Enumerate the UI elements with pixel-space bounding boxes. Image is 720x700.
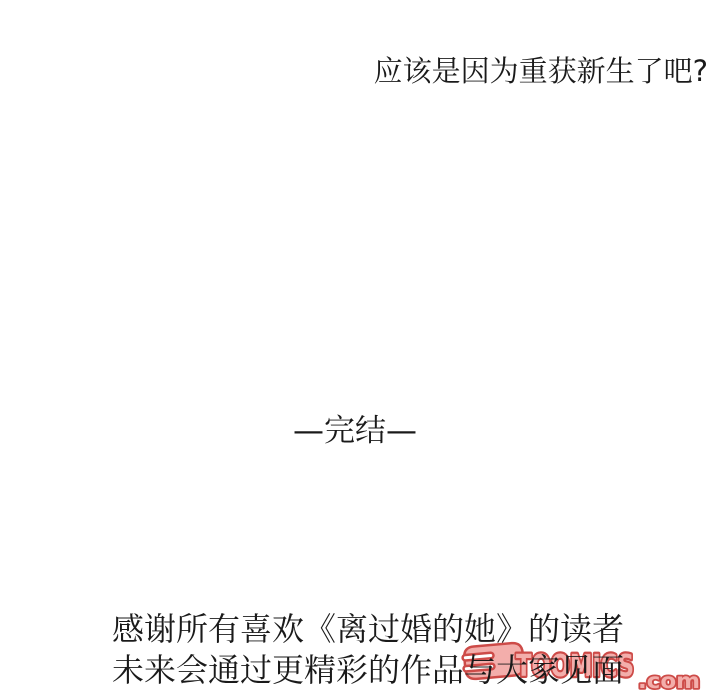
thanks-message: 感谢所有喜欢《离过婚的她》的读者 未来会通过更精彩的作品与大家见面 [112, 609, 624, 691]
thanks-message-line2: 未来会通过更精彩的作品与大家见面 [112, 650, 624, 691]
comic-page: TOOMICS .com 应该是因为重获新生了吧? —完结— 感谢所有喜欢《离过… [0, 0, 720, 700]
end-mark: —完结— [293, 414, 417, 448]
dialogue-text: 应该是因为重获新生了吧? [374, 54, 708, 88]
watermark-domain-text: .com [638, 669, 700, 693]
thanks-message-line1: 感谢所有喜欢《离过婚的她》的读者 [112, 609, 624, 650]
